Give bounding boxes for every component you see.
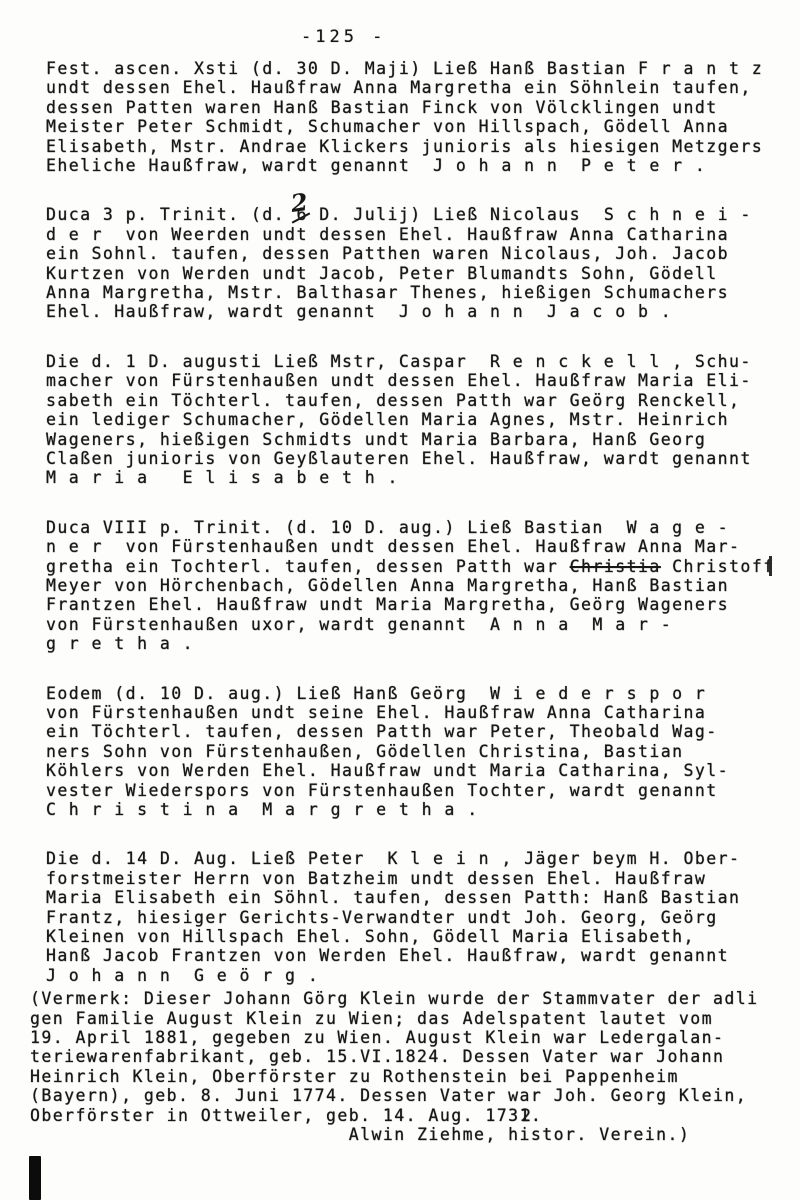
year-digit-over: 2 [521, 1106, 532, 1125]
handwritten-date-correction: 2 [290, 191, 310, 217]
baptism-entry-klein: Die d. 14 D. Aug. Ließ Peter K l e i n ,… [46, 849, 790, 985]
entry-text-before-date: Duca 3 p. Trinit. (d. [46, 205, 296, 224]
baptism-entry-renckell: Die d. 1 D. augusti Ließ Mstr, Caspar R … [46, 352, 790, 488]
date-correction: 62 [296, 205, 307, 224]
page-number: -125 - [301, 27, 386, 47]
baptism-entry-wiederspor: Eodem (d. 10 D. aug.) Ließ Hanß Geörg W … [46, 684, 790, 820]
baptism-entry-wagener: Duca VIII p. Trinit. (d. 10 D. aug.) Lie… [46, 518, 790, 654]
page-content: Fest. ascen. Xsti (d. 30 D. Maji) Ließ H… [46, 59, 790, 1145]
remark-text-before-year: (Vermerk: Dieser Johann Görg Klein wurde… [30, 989, 759, 1124]
overtyped-year-digit: 12 [520, 1106, 531, 1125]
scan-artifact-bar [29, 1156, 41, 1200]
baptism-entry-frantz: Fest. ascen. Xsti (d. 30 D. Maji) Ließ H… [46, 59, 790, 175]
remark-paragraph: (Vermerk: Dieser Johann Görg Klein wurde… [30, 989, 790, 1144]
struck-word: Christia [570, 557, 661, 576]
scanned-document-page: -125 - Fest. ascen. Xsti (d. 30 D. Maji)… [0, 0, 800, 1200]
scan-edge-mark [769, 556, 772, 576]
baptism-entry-schneider: Duca 3 p. Trinit. (d. 62 D. Julij) Ließ … [46, 205, 790, 321]
